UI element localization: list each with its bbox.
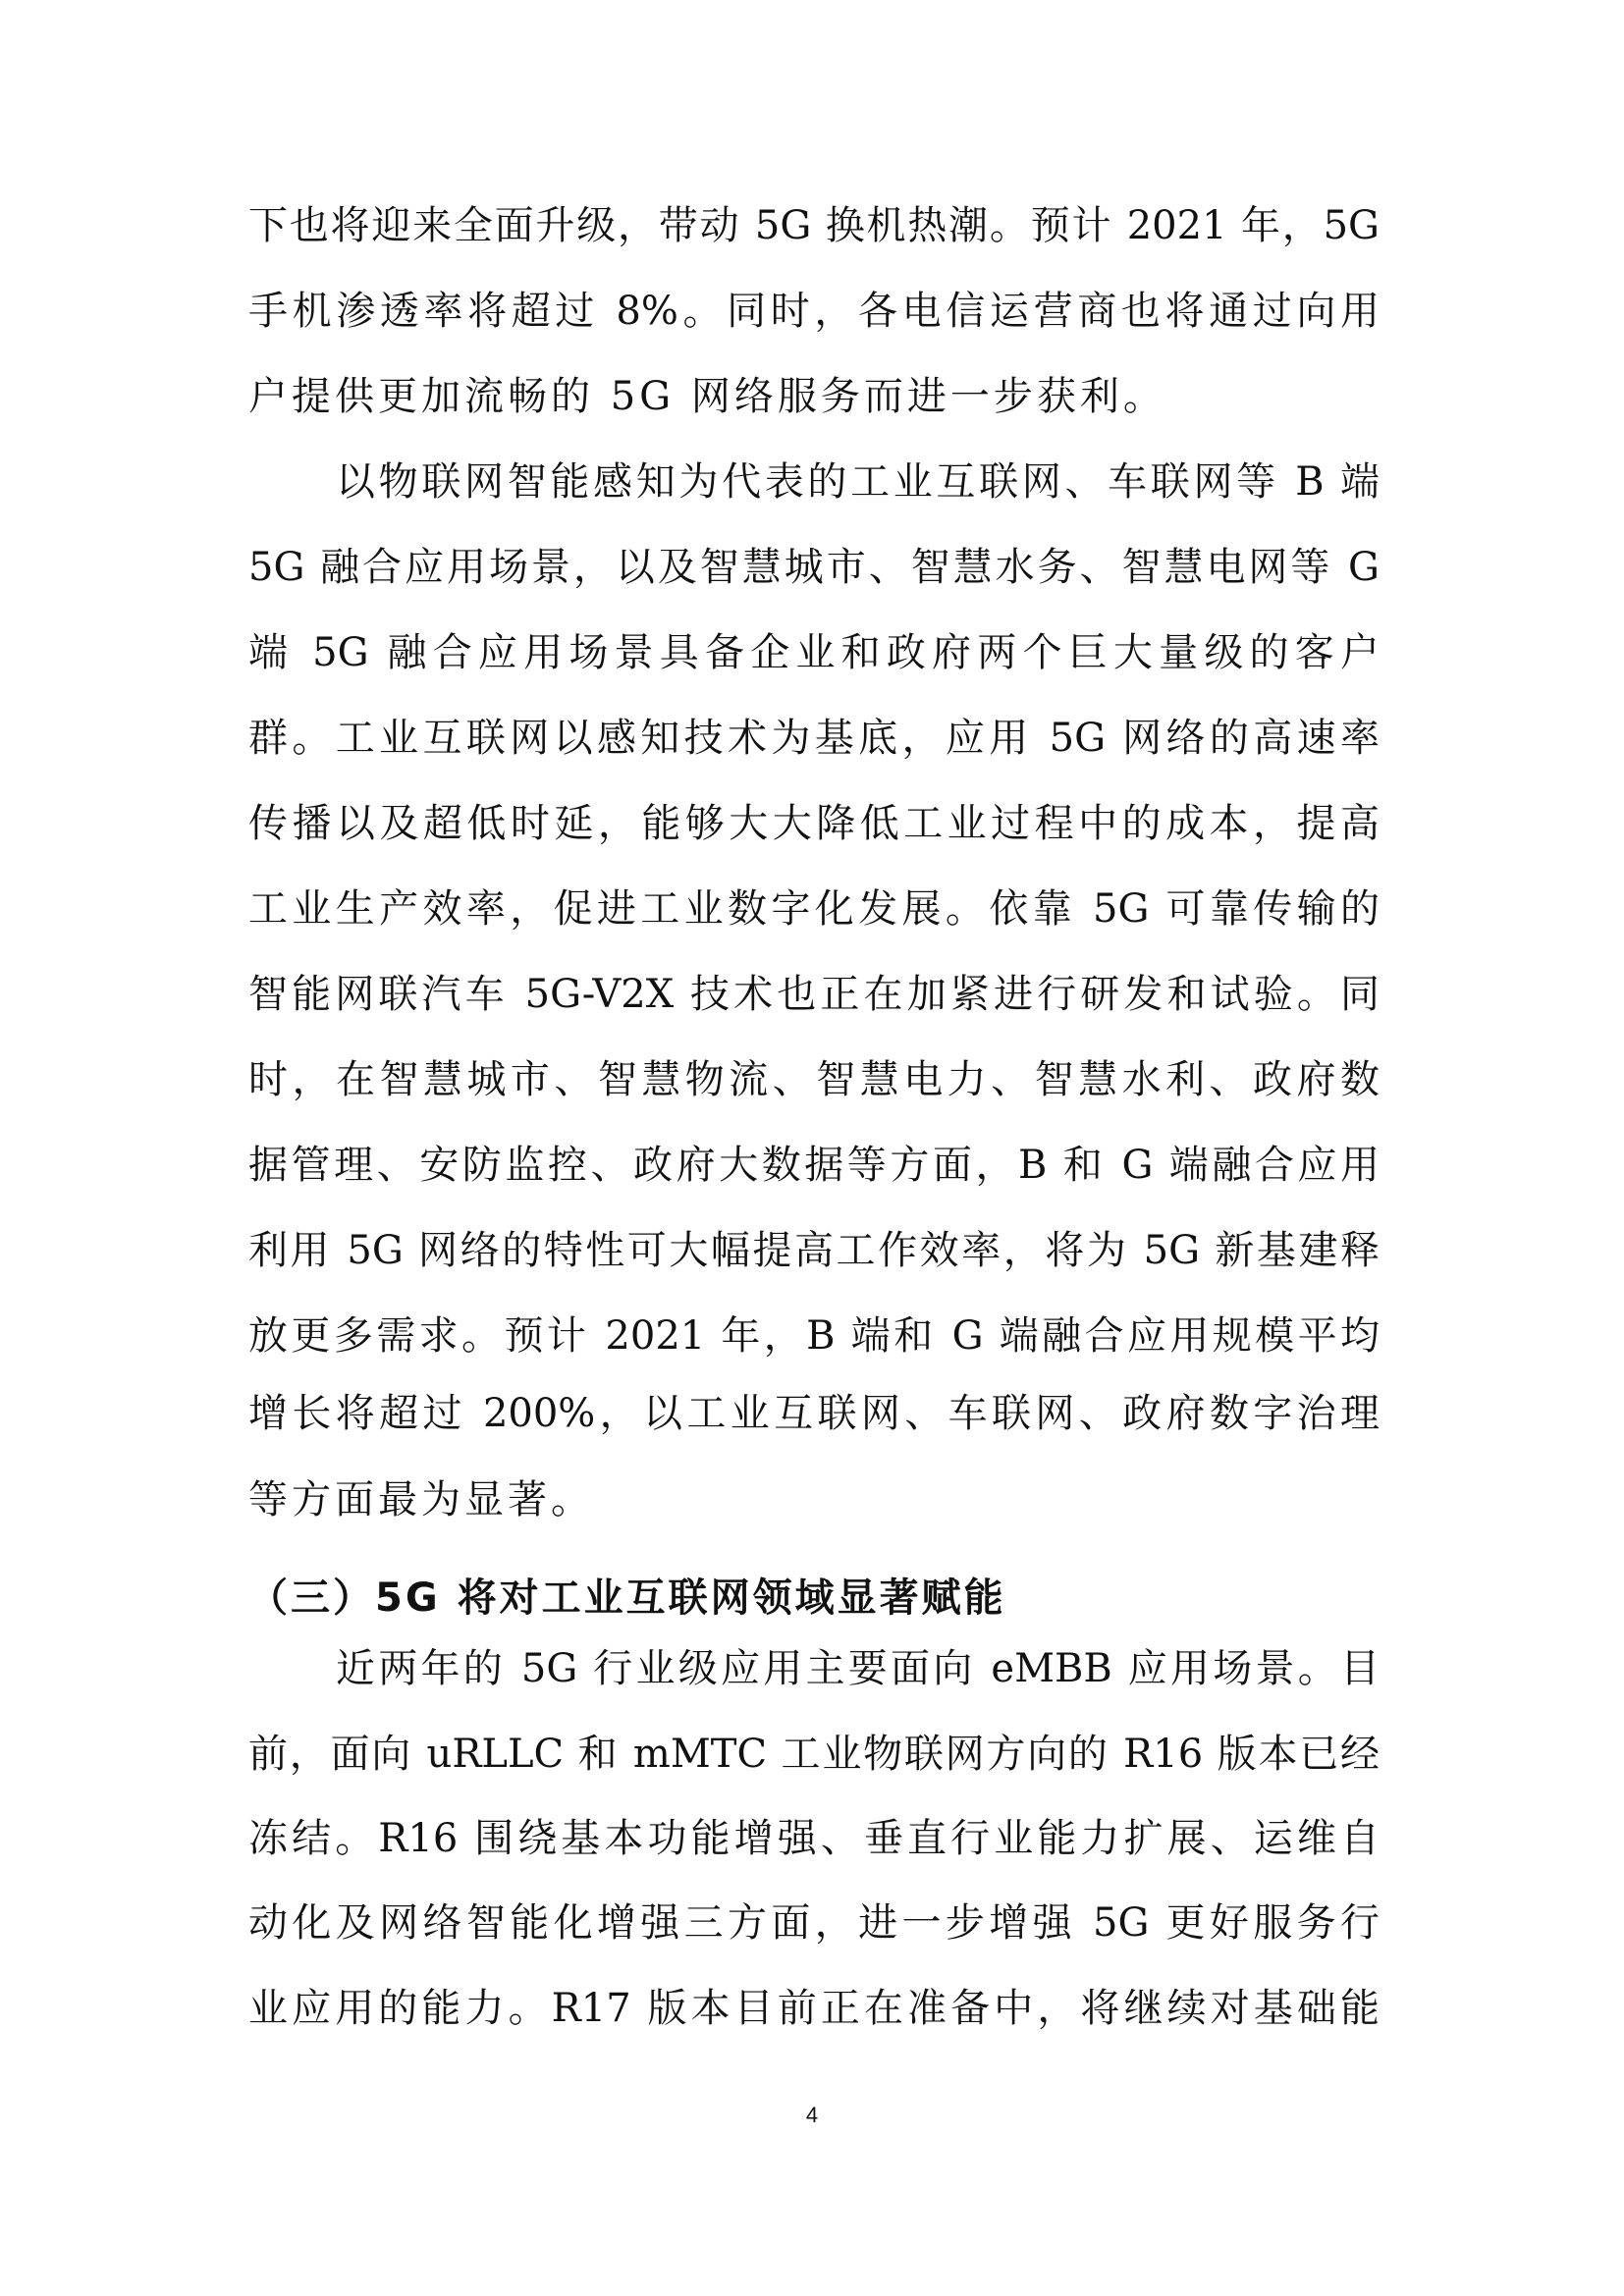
paragraph-line: 时，在智慧城市、智慧物流、智慧电力、智慧水利、政府数 — [248, 1050, 1380, 1109]
paragraph-line: 近两年的 5G 行业级应用主要面向 eMBB 应用场景。目 — [336, 1639, 1380, 1698]
paragraph-line: 端 5G 融合应用场景具备企业和政府两个巨大量级的客户 — [248, 623, 1380, 682]
paragraph-line: 业应用的能力。R17 版本目前正在准备中，将继续对基础能 — [248, 1979, 1380, 2038]
paragraph-line: 工业生产效率，促进工业数字化发展。依靠 5G 可靠传输的 — [248, 880, 1380, 938]
section-heading: （三）5G 将对工业互联网领域显著赋能 — [248, 1569, 1006, 1628]
paragraph-line: 利用 5G 网络的特性可大幅提高工作效率，将为 5G 新基建释 — [248, 1221, 1380, 1280]
paragraph-line: 放更多需求。预计 2021 年，B 端和 G 端融合应用规模平均 — [248, 1307, 1380, 1365]
document-page: 下也将迎来全面升级，带动 5G 换机热潮。预计 2021 年，5G 手机渗透率将… — [0, 0, 1624, 2296]
paragraph-line: 冻结。R16 围绕基本功能增强、垂直行业能力扩展、运维自 — [248, 1809, 1380, 1868]
paragraph-line: 手机渗透率将超过 8%。同时，各电信运营商也将通过向用 — [248, 282, 1380, 341]
paragraph-line: 传播以及超低时延，能够大大降低工业过程中的成本，提高 — [248, 794, 1380, 853]
paragraph-line: 户提供更加流畅的 5G 网络服务而进一步获利。 — [248, 367, 1380, 426]
paragraph-line: 群。工业互联网以感知技术为基底，应用 5G 网络的高速率 — [248, 709, 1380, 768]
paragraph-line: 等方面最为显著。 — [248, 1470, 1380, 1529]
page-number: 4 — [795, 2101, 829, 2130]
paragraph-line: 5G 融合应用场景，以及智慧城市、智慧水务、智慧电网等 G — [248, 538, 1380, 597]
paragraph-line: 智能网联汽车 5G-V2X 技术也正在加紧进行研发和试验。同 — [248, 965, 1380, 1024]
paragraph-line: 以物联网智能感知为代表的工业互联网、车联网等 B 端 — [336, 453, 1380, 511]
paragraph-line: 增长将超过 200%，以工业互联网、车联网、政府数字治理 — [248, 1384, 1380, 1443]
paragraph-line: 下也将迎来全面升级，带动 5G 换机热潮。预计 2021 年，5G — [248, 196, 1380, 255]
paragraph-line: 前，面向 uRLLC 和 mMTC 工业物联网方向的 R16 版本已经 — [248, 1725, 1380, 1784]
paragraph-line: 据管理、安防监控、政府大数据等方面，B 和 G 端融合应用 — [248, 1136, 1380, 1195]
paragraph-line: 动化及网络智能化增强三方面，进一步增强 5G 更好服务行 — [248, 1894, 1380, 1952]
